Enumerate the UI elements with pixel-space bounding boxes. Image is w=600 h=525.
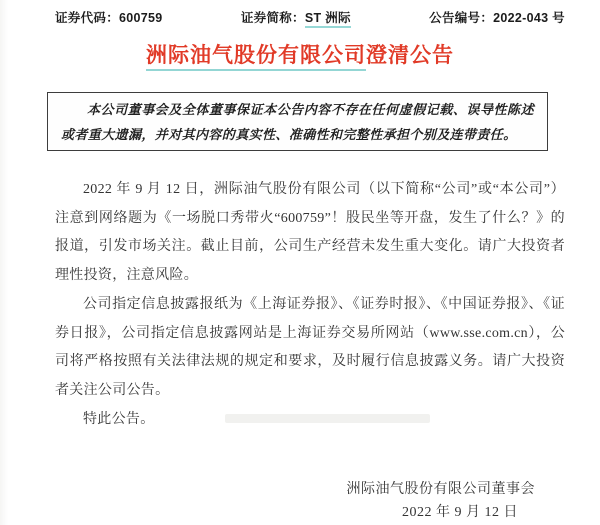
page-title: 洲际油气股份有限公司澄清公告 [0,42,600,70]
stock-code-label: 证券代码： [55,11,119,25]
signature-date: 2022 年 9 月 12 日 [0,501,600,524]
signature-company: 洲际油气股份有限公司董事会 [0,478,600,501]
stock-name: 证券简称：ST 洲际 [241,8,351,26]
declaration-text: 本公司董事会及全体董事保证本公告内容不存在任何虚假记载、误导性陈述或者重大遗漏，… [61,97,534,147]
scan-artifact [225,414,430,423]
declaration-box: 本公司董事会及全体董事保证本公告内容不存在任何虚假记载、误导性陈述或者重大遗漏，… [47,92,548,151]
announcement-number-label: 公告编号： [429,11,493,25]
signature-block: 洲际油气股份有限公司董事会 2022 年 9 月 12 日 [0,478,600,524]
announcement-page: 证券代码：600759 证券简称：ST 洲际 公告编号：2022-043 号 洲… [0,0,600,525]
body-paragraph-1: 2022 年 9 月 12 日，洲际油气股份有限公司（以下简称“公司”或“本公司… [55,176,565,290]
title-rest-part: 澄清公告 [366,44,454,67]
announcement-number-value: 2022-043 号 [493,11,565,25]
stock-name-label: 证券简称： [241,11,305,25]
stock-code: 证券代码：600759 [55,8,163,26]
body-paragraph-2: 公司指定信息披露报纸为《上海证券报》、《证券时报》、《中国证券报》、《证券日报》… [55,291,565,405]
title-underlined-part: 洲际油气股份有限公司 [146,44,366,71]
document-header: 证券代码：600759 证券简称：ST 洲际 公告编号：2022-043 号 [55,0,565,26]
stock-code-value: 600759 [119,11,163,25]
announcement-number: 公告编号：2022-043 号 [429,8,565,26]
stock-name-value: ST 洲际 [305,11,351,28]
